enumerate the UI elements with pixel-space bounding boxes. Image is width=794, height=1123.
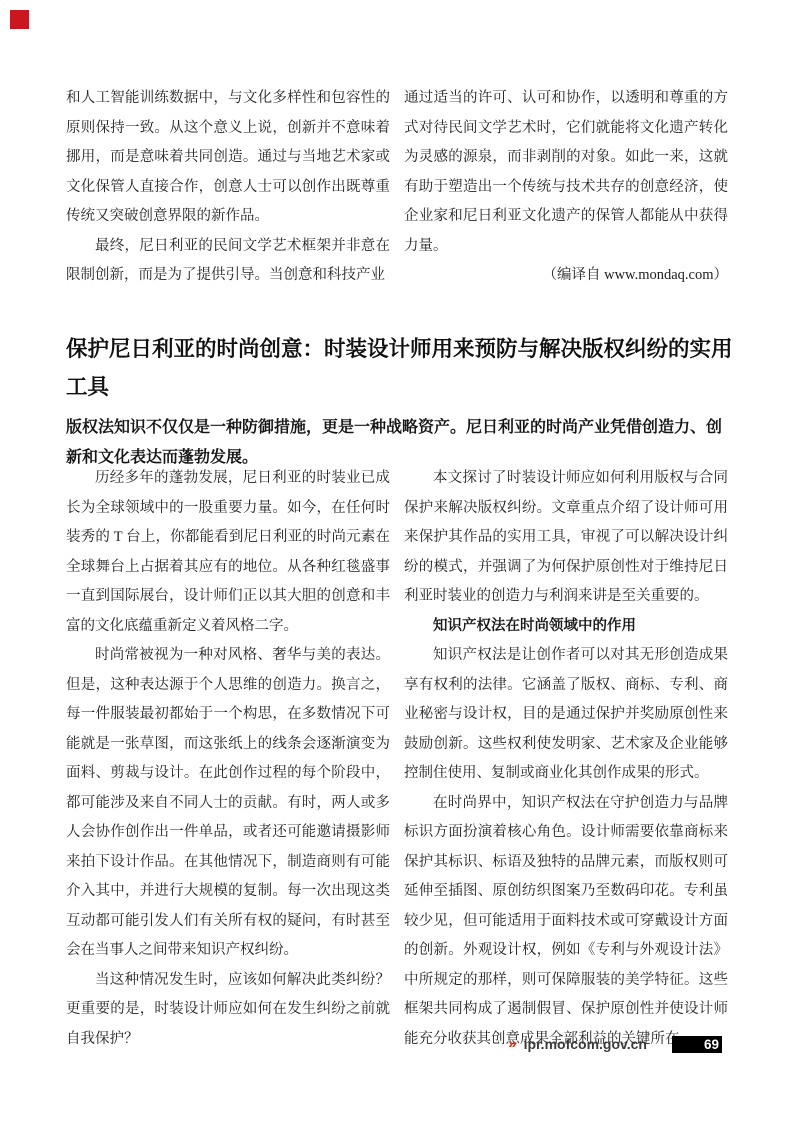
body-paragraph: 知识产权法是让创作者可以对其无形创造成果享有权利的法律。它涵盖了版权、商标、专利… [404,641,728,789]
document-page: 和人工智能训练数据中，与文化多样性和包容性的原则保持一致。从这个意义上说，创新并… [0,0,794,1123]
source-attribution: （编译自 www.mondaq.com） [404,261,728,291]
page-number: 69 [704,1036,722,1053]
page-footer: » ipr.mofcom.gov.cn 69 [0,1035,722,1053]
body-paragraph: 历经多年的蓬勃发展，尼日利亚的时装业已成长为全球领域中的一股重要力量。如今，在任… [66,464,390,641]
corner-accent-square [10,10,29,29]
article-title: 保护尼日利亚的时尚创意：时装设计师用来预防与解决版权纠纷的实用工具 [66,330,734,406]
top-left-column: 和人工智能训练数据中，与文化多样性和包容性的原则保持一致。从这个意义上说，创新并… [66,84,390,291]
page-number-box: 69 [672,1036,722,1053]
article-body: 历经多年的蓬勃发展，尼日利亚的时装业已成长为全球领域中的一股重要力量。如今，在任… [66,464,728,1054]
top-right-column: 通过适当的许可、认可和协作，以透明和尊重的方式对待民间文学艺术时，它们就能将文化… [404,84,728,291]
body-paragraph: 在时尚界中，知识产权法在守护创造力与品牌标识方面扮演着核心角色。设计师需要依靠商… [404,789,728,1055]
double-chevron-icon: » [508,1035,517,1053]
article-header: 保护尼日利亚的时尚创意：时装设计师用来预防与解决版权纠纷的实用工具 版权法知识不… [66,330,734,473]
body-left-column: 历经多年的蓬勃发展，尼日利亚的时装业已成长为全球领域中的一股重要力量。如今，在任… [66,464,390,1054]
footer-site-url: ipr.mofcom.gov.cn [524,1035,647,1053]
top-section: 和人工智能训练数据中，与文化多样性和包容性的原则保持一致。从这个意义上说，创新并… [66,84,728,291]
body-paragraph: 通过适当的许可、认可和协作，以透明和尊重的方式对待民间文学艺术时，它们就能将文化… [404,84,728,261]
body-right-column: 本文探讨了时装设计师应如何利用版权与合同保护来解决版权纠纷。文章重点介绍了设计师… [404,464,728,1054]
body-paragraph: 时尚常被视为一种对风格、奢华与美的表达。但是，这种表达源于个人思维的创造力。换言… [66,641,390,966]
body-paragraph: 最终，尼日利亚的民间文学艺术框架并非意在限制创新，而是为了提供引导。当创意和科技… [66,232,390,291]
section-subheading: 知识产权法在时尚领域中的作用 [404,612,728,642]
body-paragraph: 和人工智能训练数据中，与文化多样性和包容性的原则保持一致。从这个意义上说，创新并… [66,84,390,232]
body-paragraph: 本文探讨了时装设计师应如何利用版权与合同保护来解决版权纠纷。文章重点介绍了设计师… [404,464,728,612]
